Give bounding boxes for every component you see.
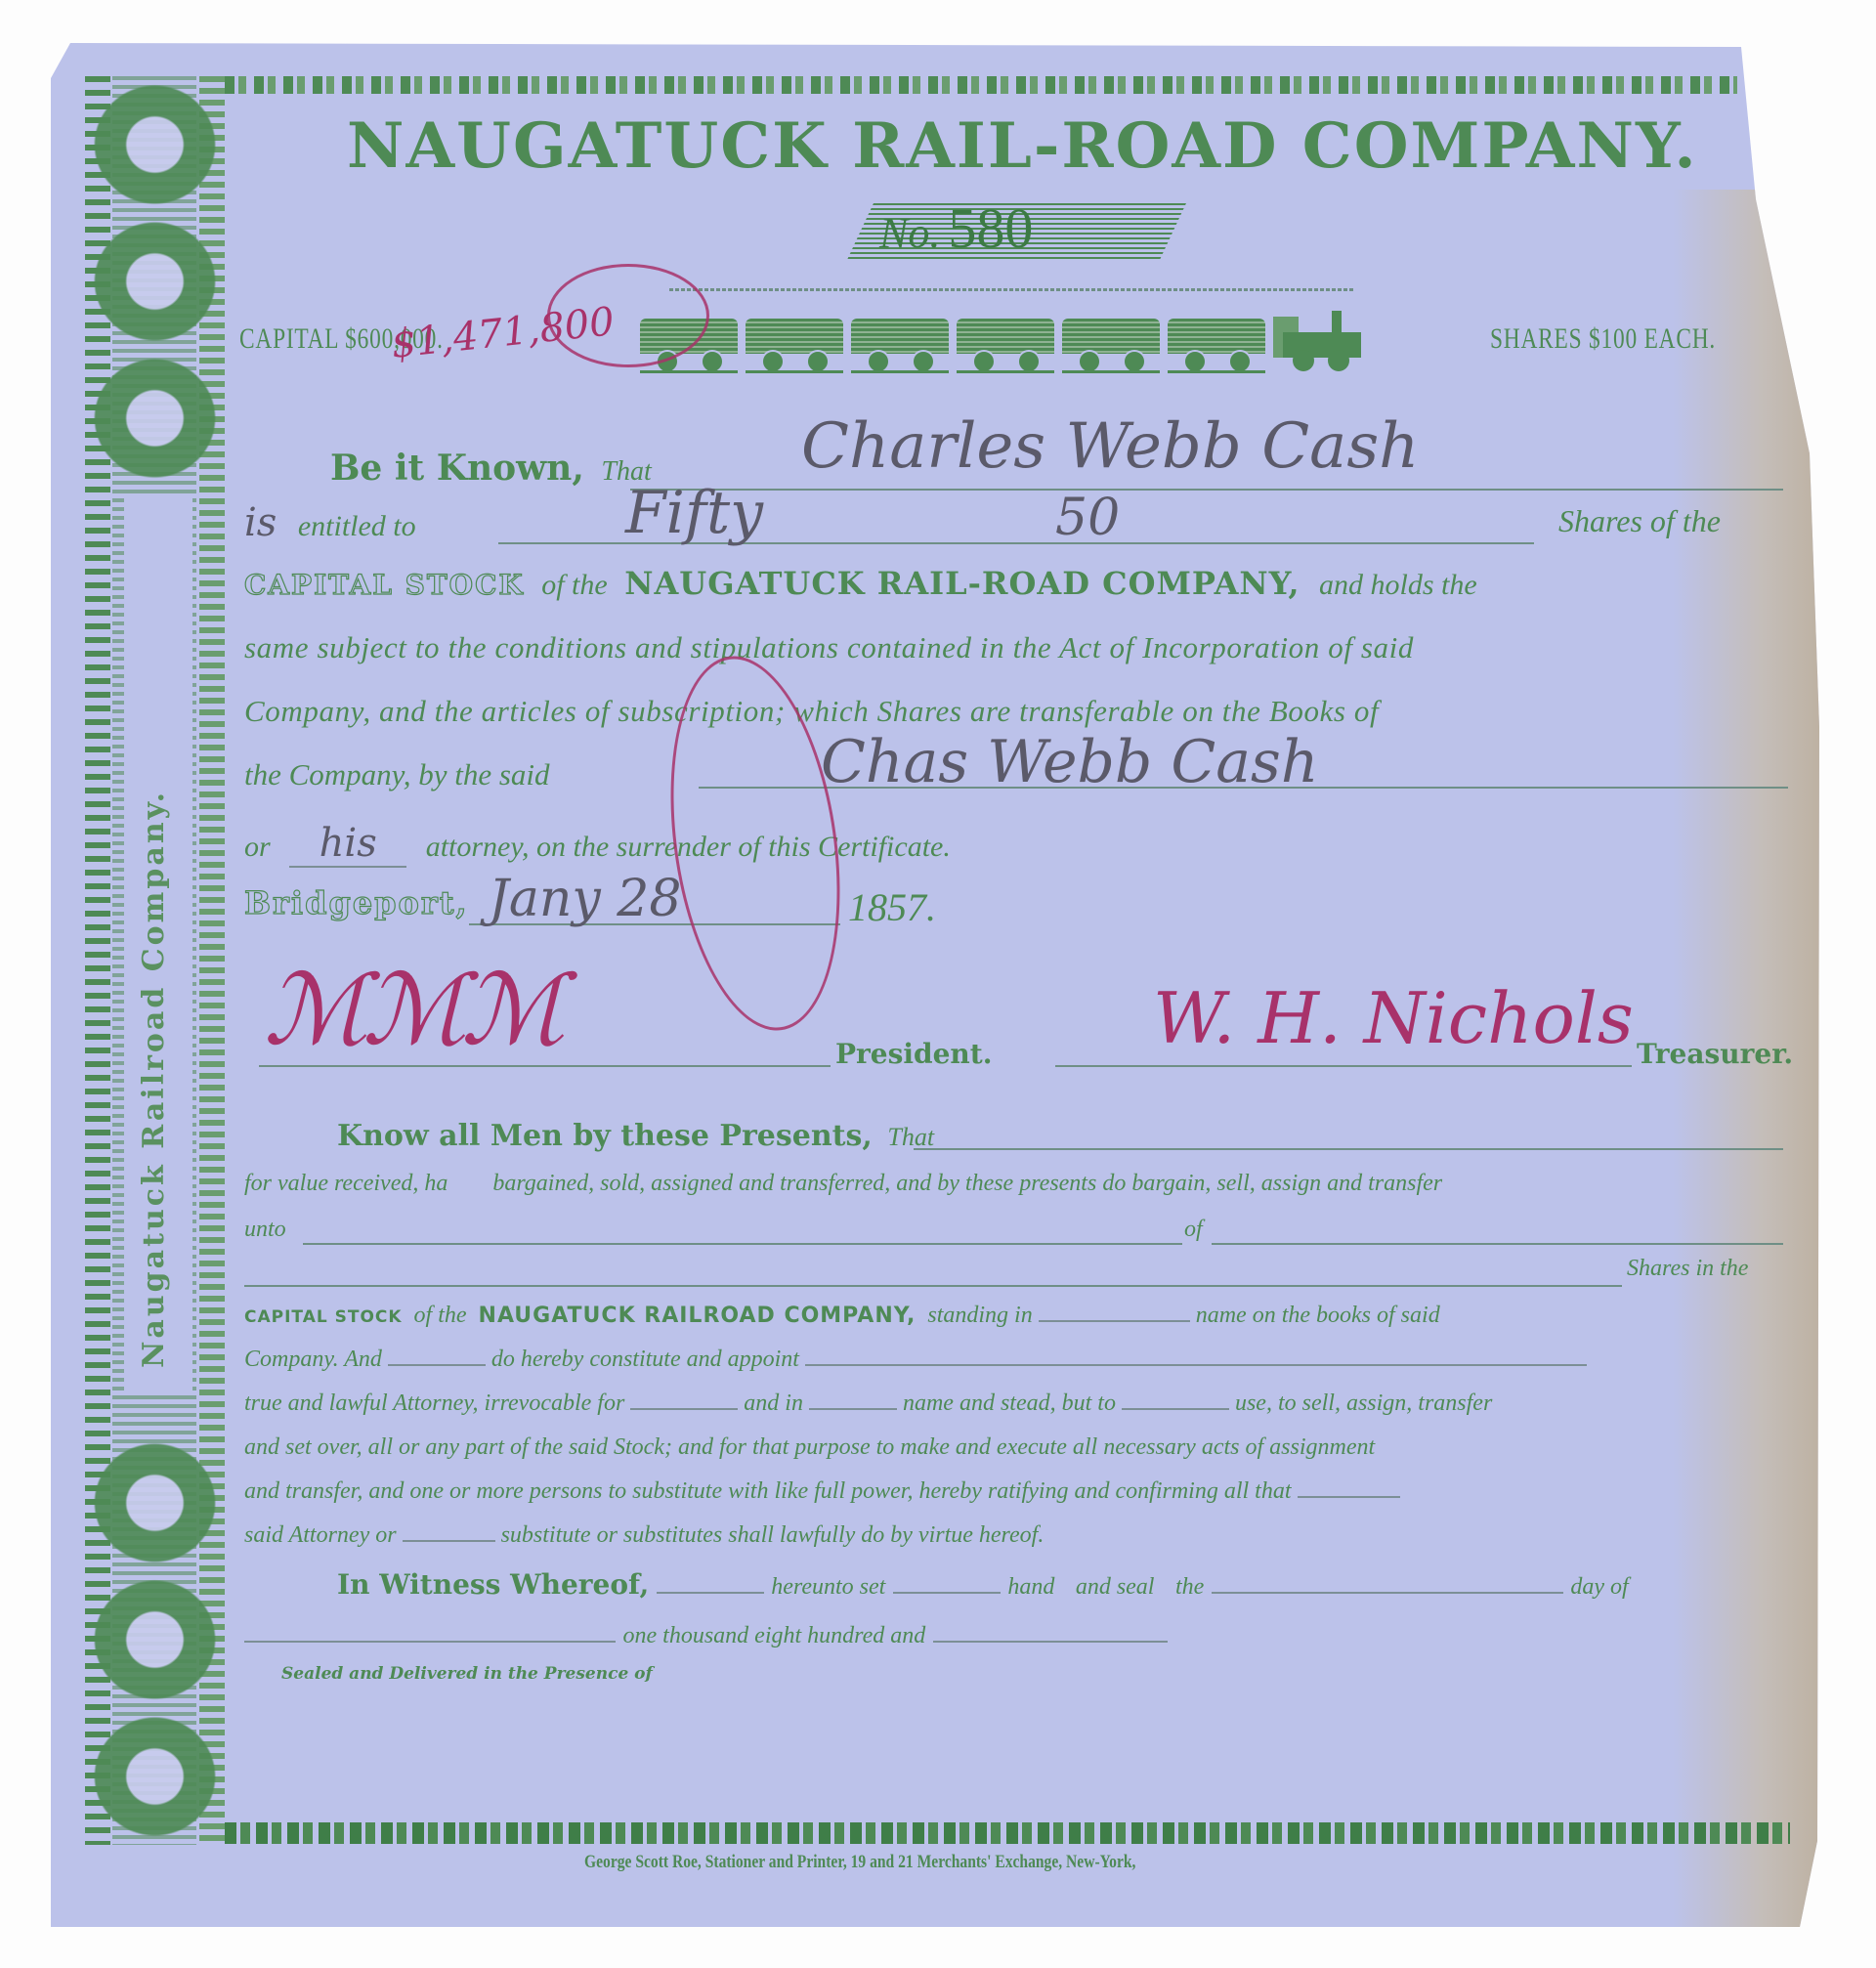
passenger-car-icon: [957, 311, 1054, 373]
president-label: President.: [835, 1038, 992, 1070]
name-on-books-text: name on the books of said: [1196, 1303, 1440, 1328]
that-word: That: [887, 1123, 934, 1151]
capital-stock-text: CAPITAL STOCK: [244, 1307, 403, 1327]
ratifying-line: and transfer, and one or more persons to…: [244, 1478, 1400, 1505]
date-line: Bridgeport,: [244, 884, 469, 921]
holder-name-handwritten: Charles Webb Cash: [801, 410, 1419, 483]
attorney-line: or his attorney, on the surrender of thi…: [244, 821, 951, 868]
be-it-known-heading: Be it Known,: [330, 448, 584, 489]
and-holds-text: and holds the: [1319, 569, 1477, 601]
irrevocable-blank[interactable]: [630, 1407, 738, 1410]
is-handwritten: is: [244, 500, 277, 545]
purple-ink-flourish: [547, 264, 709, 367]
company-name-bold: NAUGATUCK RAIL-ROAD COMPANY,: [624, 565, 1300, 602]
printer-imprint: George Scott Roe, Stationer and Printer,…: [584, 1852, 1135, 1873]
know-all-men-line: Know all Men by these Presents, That: [337, 1119, 934, 1153]
said-attorney-text: said Attorney or: [244, 1522, 397, 1548]
heart-ornament-icon: [85, 213, 225, 350]
year-text: 1857.: [848, 884, 936, 930]
hereunto-set-text: hereunto set: [771, 1574, 885, 1600]
bottom-ornamental-border: [225, 1822, 1790, 1844]
treasurer-label: Treasurer.: [1637, 1038, 1793, 1070]
of-text: of: [1184, 1217, 1203, 1243]
one-thousand-text: one thousand eight hundred and: [623, 1623, 926, 1648]
place-text: Bridgeport,: [244, 884, 469, 921]
shares-of-the-text: Shares of the: [1558, 503, 1721, 539]
day-of-text: day of: [1570, 1574, 1628, 1600]
unto-text: unto: [244, 1217, 286, 1243]
company-and-text: Company. And: [244, 1347, 382, 1372]
value-received-line: for value received, ha bargained, sold, …: [244, 1171, 1442, 1197]
month-blank[interactable]: [244, 1640, 616, 1643]
attorney-name-blank[interactable]: [805, 1363, 1587, 1366]
substitute-text: substitute or substitutes shall lawfully…: [501, 1522, 1045, 1548]
set-over-text: and set over, all or any part of the sai…: [244, 1434, 1375, 1461]
use-to-sell-text: use, to sell, assign, transfer: [1235, 1390, 1492, 1416]
for-value-text: for value received, ha: [244, 1171, 448, 1196]
president-signature: ℳℳℳ: [264, 953, 560, 1067]
heart-ornament-icon: [85, 1571, 225, 1708]
unto-line: [303, 1243, 1182, 1245]
of-the-text: of the: [541, 569, 608, 601]
confirming-blank[interactable]: [1298, 1495, 1400, 1498]
holder-name-line: [630, 489, 1783, 491]
treasurer-signature: W. H. Nichols: [1153, 977, 1634, 1059]
true-lawful-text: true and lawful Attorney, irrevocable fo…: [244, 1390, 624, 1416]
witness-blank-1[interactable]: [657, 1591, 764, 1594]
be-it-known-line: Be it Known, That: [330, 448, 652, 489]
entitled-line: is entitled to: [244, 500, 416, 545]
freight-car-icon: [1062, 311, 1160, 373]
in-witness-heading: In Witness Whereof,: [337, 1568, 649, 1601]
capital-stock-text: CAPITAL STOCK: [244, 569, 525, 601]
pronoun-handwritten: his: [289, 821, 406, 868]
do-hereby-text: do hereby constitute and appoint: [491, 1347, 799, 1372]
freight-car-icon: [1168, 311, 1265, 373]
side-company-name: Naugatuck Railroad Company.: [137, 790, 171, 1368]
and-in-blank[interactable]: [809, 1407, 897, 1410]
and-seal-text: and seal: [1076, 1574, 1155, 1600]
locomotive-icon: [1273, 311, 1361, 373]
heart-ornament-icon: [85, 350, 225, 487]
witness-line: In Witness Whereof, hereunto set hand an…: [337, 1568, 1629, 1602]
name-stead-text: name and stead, but to: [903, 1390, 1116, 1416]
date-handwritten: Jany 28: [489, 870, 681, 928]
said-attorney-line: said Attorney or substitute or substitut…: [244, 1522, 1044, 1549]
assignor-line: [914, 1148, 1783, 1150]
constitute-line: Company. And do hereby constitute and ap…: [244, 1347, 1587, 1373]
but-to-blank[interactable]: [1122, 1407, 1229, 1410]
year-blank[interactable]: [933, 1640, 1168, 1643]
top-ornamental-border: [225, 76, 1737, 94]
bargained-text: bargained, sold, assigned and transferre…: [492, 1171, 1442, 1196]
decorative-rule: [669, 288, 1353, 291]
entitled-to-text: entitled to: [298, 510, 416, 542]
and-blank[interactable]: [388, 1363, 486, 1366]
heart-ornament-icon: [85, 1708, 225, 1845]
share-count-words: Fifty: [625, 479, 763, 547]
and-in-text: and in: [744, 1390, 803, 1416]
number-value: 580: [948, 196, 1033, 260]
company-title: NAUGATUCK RAIL-ROAD COMPANY.: [347, 109, 1676, 183]
of-the-text: of the: [414, 1303, 467, 1328]
irrevocable-line: true and lawful Attorney, irrevocable fo…: [244, 1390, 1492, 1417]
standing-in-text: standing in: [927, 1303, 1032, 1328]
sealed-delivered-text: Sealed and Delivered in the Presence of: [281, 1664, 653, 1684]
standing-in-blank[interactable]: [1039, 1319, 1190, 1322]
number-prefix: No.: [879, 209, 940, 257]
by-the-said-text: the Company, by the said: [244, 757, 550, 792]
or-text: or: [244, 831, 271, 863]
passenger-car-icon: [851, 311, 949, 373]
certificate-number: No.580: [879, 195, 1172, 261]
capital-stock-line: CAPITAL STOCK of the NAUGATUCK RAIL-ROAD…: [244, 565, 1477, 602]
witness-blank-2[interactable]: [893, 1591, 1001, 1594]
company-name-sans: NAUGATUCK RAILROAD COMPANY,: [479, 1304, 917, 1328]
transferee-name-handwritten: Chas Webb Cash: [821, 728, 1318, 796]
the-text: the: [1175, 1574, 1204, 1600]
train-vignette-icon: [640, 311, 1361, 373]
of-line: [1212, 1243, 1783, 1245]
passenger-car-icon: [746, 311, 843, 373]
shares-count-line: [244, 1285, 1622, 1287]
conditions-text: same subject to the conditions and stipu…: [244, 630, 1414, 665]
transfer-text: and transfer, and one or more persons to…: [244, 1478, 1292, 1504]
hand-text: hand: [1007, 1574, 1054, 1600]
heart-ornament-icon: [85, 76, 225, 213]
know-all-men-heading: Know all Men by these Presents,: [337, 1119, 873, 1153]
day-blank[interactable]: [1212, 1591, 1563, 1594]
articles-text: Company, and the articles of subscriptio…: [244, 694, 1379, 729]
heart-ornament-icon: [85, 1434, 225, 1571]
treasurer-signature-line: [1055, 1065, 1632, 1067]
shares-in-the-text: Shares in the: [1627, 1256, 1748, 1282]
share-count-number: 50: [1055, 489, 1120, 547]
capital-stock-assignment-line: CAPITAL STOCK of the NAUGATUCK RAILROAD …: [244, 1303, 1440, 1329]
year-line: one thousand eight hundred and: [244, 1617, 1168, 1650]
share-par-value: SHARES $100 EACH.: [1490, 322, 1716, 356]
substitute-blank[interactable]: [403, 1539, 495, 1542]
